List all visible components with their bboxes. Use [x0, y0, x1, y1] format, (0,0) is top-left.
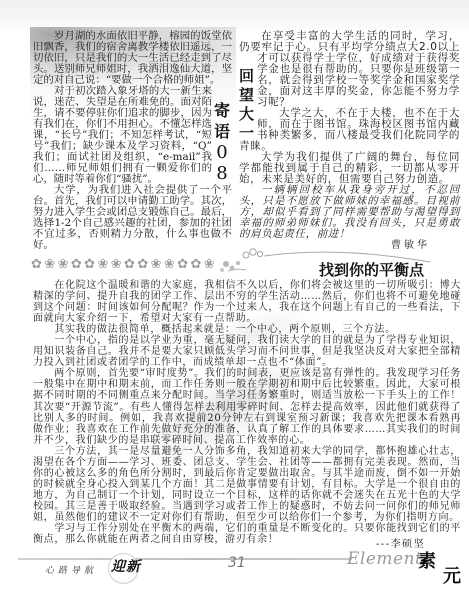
paragraph: 其实我的做法很简单，概括起来就是：一个中心，两个原则，三个方法。	[33, 324, 461, 335]
vertical-title-char: 寄	[214, 100, 230, 121]
paragraph: 岁月湖的水面依旧平静，榕园的饭堂依旧飘香，我们的宿舍离教学楼依旧遥远，一切依旧，…	[33, 31, 232, 86]
footer-column-name: 心路导航	[45, 563, 97, 576]
message-08-column: 寄 语 0 8 岁月湖的水面依旧平静，榕园的饭堂依旧飘香，我们的宿舍离教学楼依旧…	[33, 31, 232, 251]
brand-wordmark-char: 素	[418, 552, 436, 571]
paragraph: 一辆辆回校车从我身旁开过，不忍回头，只是不愿放下做师妹的幸福感。目视前方，却似乎…	[239, 185, 460, 240]
brand-wordmark-latin: Element	[347, 550, 422, 568]
paragraph: 大学，为我们进入社会提供了一个平台。首先，我们可以申请勤工助学。其次，努力进入学…	[33, 185, 232, 251]
vertical-title-char: 望	[239, 86, 254, 105]
article-author: ---李硕坚	[376, 535, 425, 550]
paragraph: 大学为我们提供了广阔的舞台，每位同学都能找到属于自己的精彩，一切都从零开始，未来…	[239, 152, 460, 185]
paragraph: 三个方法，其一是尽量避免一人分饰多角，我知道初来大学的同学，都怀抱雄心壮志，渴望…	[33, 446, 461, 523]
article-body: 在化院这个温暖和谐的大家庭，我相信不久以后，你们将会被这里的一切所吸引：博大精深…	[33, 280, 461, 545]
paragraph: 大学之大，不在于大楼，也不在于大师，而在于图书馆。珠海校区图书馆内藏书种类繁多，…	[239, 108, 460, 152]
paragraph: 两个原则，首先要“审时度势”。我们的时间表，更应该是富有弹性的。我发现学习任务一…	[33, 368, 461, 445]
paragraph: 在化院这个温暖和谐的大家庭，我相信不久以后，你们将会被这里的一切所吸引：博大精深…	[33, 280, 461, 324]
magazine-page: 寄 语 0 8 岁月湖的水面依旧平静，榕园的饭堂依旧飘香，我们的宿舍离教学楼依旧…	[0, 0, 469, 600]
brand-wordmark-char: 元	[443, 567, 461, 586]
vertical-title-char: 0	[216, 142, 227, 163]
paragraph: 一个中心，指的是以学业为重，毫无疑问，我们读大学的目的就是为了学得专业知识，用知…	[33, 335, 461, 368]
vertical-title-char: 语	[214, 121, 230, 142]
vertical-title-char: 8	[216, 163, 227, 184]
vertical-title-looking-back: 回 望 大 一	[239, 53, 257, 141]
footer-badge-label: 迎新	[111, 560, 141, 575]
article-title: 找到你的平衡点	[319, 262, 424, 278]
page-number: 31	[228, 556, 246, 571]
flower-border-icon: ✿❀❀✿✿❀❀✿✿❀❀✿✿❀	[31, 257, 217, 272]
vertical-title-message-08: 寄 语 0 8	[212, 86, 232, 185]
looking-back-column: 回 望 大 一 在享受丰富的大学生活的同时，学习，仍要牢记于心。只有平均学分绩点…	[239, 31, 460, 251]
paragraph: 在享受丰富的大学生活的同时，学习，仍要牢记于心。只有平均学分绩点大2.0以上才可…	[239, 31, 460, 108]
vertical-title-char: 大	[239, 105, 254, 124]
footer-rule	[18, 558, 352, 560]
vertical-title-char: 回	[239, 67, 254, 86]
paragraph: 对于初次踏入象牙塔的大一新生来说，迷茫、失望是在所难免的。面对陌生，请不要停驻你…	[33, 86, 232, 185]
